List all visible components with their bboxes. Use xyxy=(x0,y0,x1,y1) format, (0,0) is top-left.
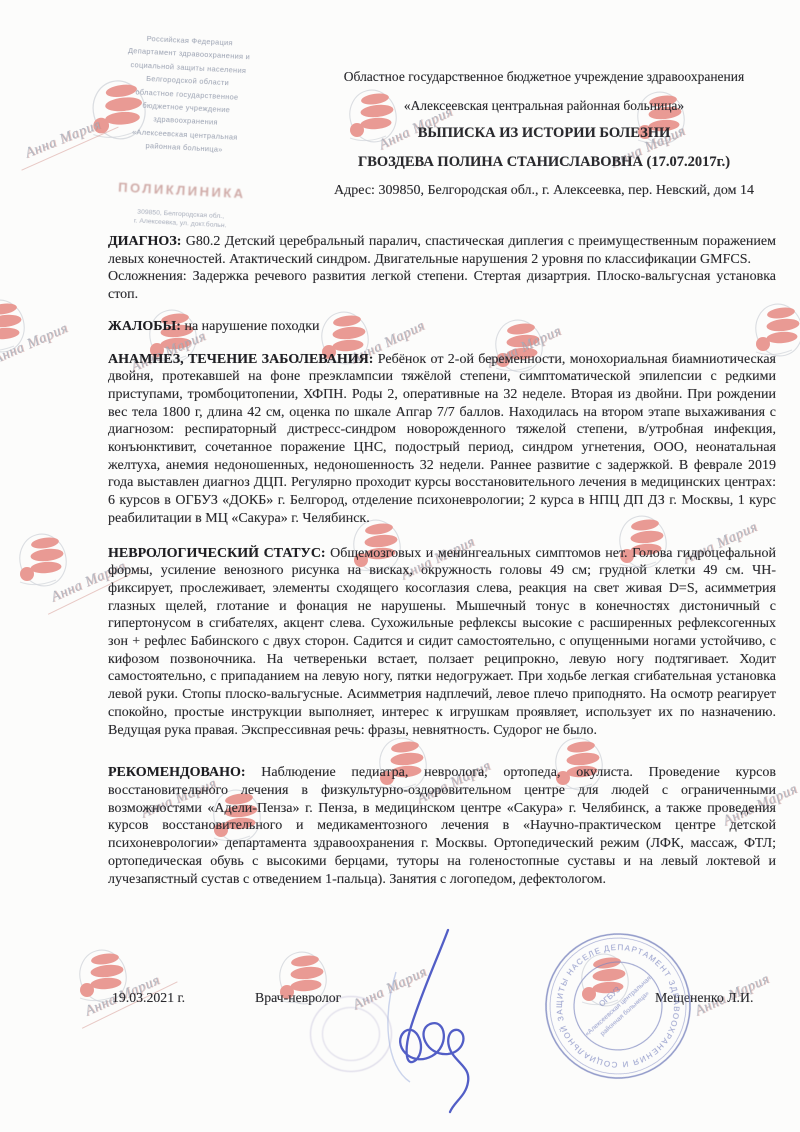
recommendations-label: РЕКОМЕНДОВАНО: xyxy=(108,765,246,780)
discharge-summary-page: Анна Мария Анна Мария Анна xyxy=(0,0,800,1132)
neuro-status-label: НЕВРОЛОГИЧЕСКИЙ СТАТУС: xyxy=(108,546,326,561)
document-title: ВЫПИСКА ИЗ ИСТОРИИ БОЛЕЗНИ xyxy=(314,125,774,142)
neuro-status-text: Общемозговых и менингеальных симптомов н… xyxy=(108,546,776,738)
org-name-line2: «Алексеевская центральная районная больн… xyxy=(314,97,774,114)
document-body: Областное государственное бюджетное учре… xyxy=(108,0,776,888)
section-neuro-status: НЕВРОЛОГИЧЕСКИЙ СТАТУС: Общемозговых и м… xyxy=(108,545,776,740)
section-diagnosis: ДИАГНОЗ: G80.2 Детский церебральный пара… xyxy=(108,233,776,268)
anamnesis-text: Ребёнок от 2-ой беременности, монохориал… xyxy=(108,352,776,526)
round-stamp-center-line2: «Алексеевская центральная xyxy=(584,975,653,1038)
shell-logo-icon xyxy=(16,532,68,590)
complaints-text: на нарушение походки xyxy=(181,319,320,334)
doctor-title: Врач-невролог xyxy=(255,990,341,1006)
complaints-label: ЖАЛОБЫ: xyxy=(108,319,181,334)
section-recommendations: РЕКОМЕНДОВАНО: Наблюдение педиатра, невр… xyxy=(108,764,776,888)
patient-address: Адрес: 309850, Белгородская обл., г. Але… xyxy=(314,182,774,199)
section-anamnesis: АНАМНЕЗ, ТЕЧЕНИЕ ЗАБОЛЕВАНИЯ: Ребёнок от… xyxy=(108,351,776,528)
document-header: Областное государственное бюджетное учре… xyxy=(314,68,774,199)
diagnosis-label: ДИАГНОЗ: xyxy=(108,234,181,249)
document-date: 19.03.2021 г. xyxy=(112,990,185,1006)
section-complaints: ЖАЛОБЫ: на нарушение походки xyxy=(108,318,776,336)
anamnesis-label: АНАМНЕЗ, ТЕЧЕНИЕ ЗАБОЛЕВАНИЯ: xyxy=(108,352,373,367)
org-name-line1: Областное государственное бюджетное учре… xyxy=(314,68,774,85)
doctor-signature xyxy=(352,926,522,1116)
recommendations-text: Наблюдение педиатра, невролога, ортопеда… xyxy=(108,765,776,886)
diagnosis-text: G80.2 Детский церебральный паралич, спас… xyxy=(108,234,776,267)
diagnosis-complications: Осложнения: Задержка речевого развития л… xyxy=(108,268,776,303)
brand-watermark: Анна Мария xyxy=(16,532,68,590)
brand-watermark: Анна Мария xyxy=(0,298,26,356)
patient-name-line: ГВОЗДЕВА ПОЛИНА СТАНИСЛАВОВНА (17.07.201… xyxy=(314,154,774,171)
